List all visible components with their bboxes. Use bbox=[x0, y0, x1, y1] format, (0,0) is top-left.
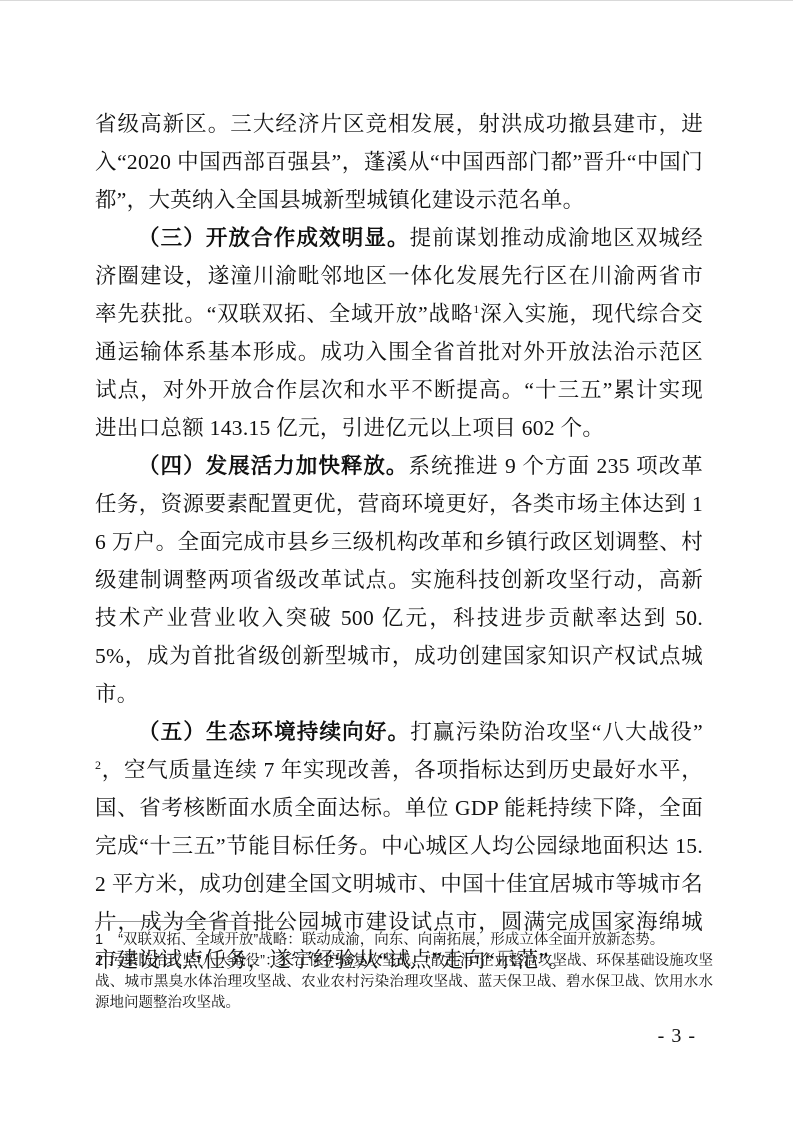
section-heading: （四）发展活力加快释放。 bbox=[138, 454, 408, 478]
footnote-marker: 2 bbox=[95, 951, 103, 972]
footnote-separator bbox=[95, 921, 289, 922]
paragraph-text: 系统推进 9 个方面 235 项改革任务，资源要素配置更优，营商环境更好，各类市… bbox=[95, 454, 703, 706]
footnote-section: 1“双联双拓、全域开放”战略：联动成渝，向东、向南拓展，形成立体全面开放新态势。… bbox=[95, 921, 713, 1014]
section-heading: （五）生态环境持续向好。 bbox=[138, 720, 410, 744]
footnote-marker: 1 bbox=[95, 930, 103, 951]
footnote-2: 2污染防治攻坚“八大战役”：长江保护修复攻坚战、“散乱污”企业整治攻坚战、环保基… bbox=[95, 951, 713, 1014]
footnote-text: 污染防治攻坚“八大战役”：长江保护修复攻坚战、“散乱污”企业整治攻坚战、环保基础… bbox=[95, 953, 713, 1011]
paragraph-text: 打赢污染防治攻坚“八大战役” bbox=[410, 720, 703, 744]
footnote-1: 1“双联双拓、全域开放”战略：联动成渝，向东、向南拓展，形成立体全面开放新态势。 bbox=[95, 930, 713, 951]
report-body: 省级高新区。三大经济片区竞相发展，射洪成功撤县建市，进入“2020 中国西部百强… bbox=[95, 105, 703, 979]
paragraph-continuation: 省级高新区。三大经济片区竞相发展，射洪成功撤县建市，进入“2020 中国西部百强… bbox=[95, 105, 703, 219]
footnote-text: “双联双拓、全域开放”战略：联动成渝，向东、向南拓展，形成立体全面开放新态势。 bbox=[118, 932, 664, 948]
paragraph-section-4: （四）发展活力加快释放。系统推进 9 个方面 235 项改革任务，资源要素配置更… bbox=[95, 447, 703, 713]
page-number: - 3 - bbox=[658, 1025, 696, 1048]
paragraph-text: 省级高新区。三大经济片区竞相发展，射洪成功撤县建市，进入“2020 中国西部百强… bbox=[95, 112, 703, 212]
document-page: 省级高新区。三大经济片区竞相发展，射洪成功撤县建市，进入“2020 中国西部百强… bbox=[0, 0, 793, 1123]
paragraph-section-3: （三）开放合作成效明显。提前谋划推动成渝地区双城经济圈建设，遂潼川渝毗邻地区一体… bbox=[95, 219, 703, 447]
section-heading: （三）开放合作成效明显。 bbox=[138, 226, 410, 250]
